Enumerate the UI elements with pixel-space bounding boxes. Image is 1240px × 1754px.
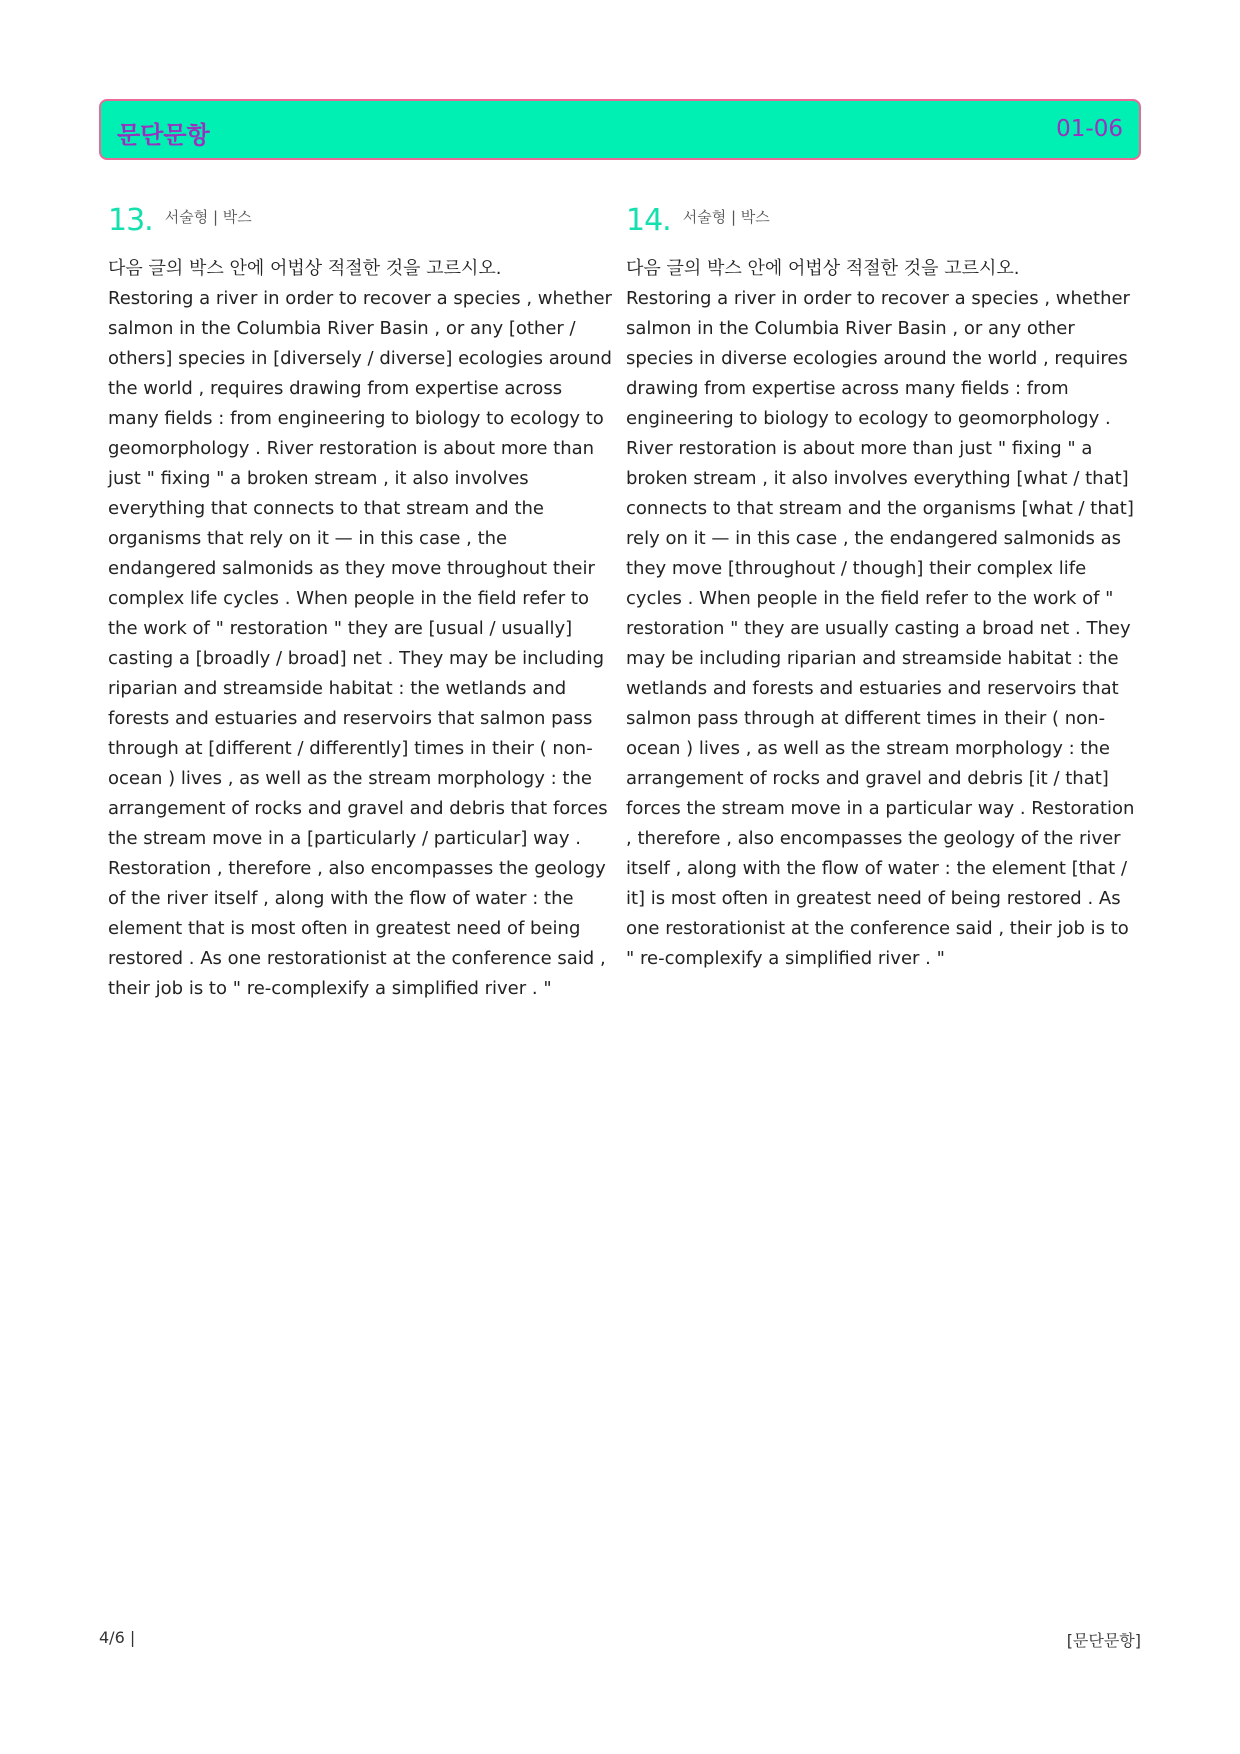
question-instruction: 다음 글의 박스 안에 어법상 적절한 것을 고르시오. (626, 254, 1136, 284)
question-number: 14. (626, 206, 671, 236)
question-header: 14. 서술형 | 박스 (626, 206, 1136, 240)
question-type: 서술형 | 박스 (165, 206, 252, 227)
question-passage: Restoring a river in order to recover a … (626, 284, 1136, 974)
header-bar: 문단문항 01-06 (99, 99, 1141, 160)
header-code: 01-06 (1056, 116, 1123, 142)
page-number: 4/6 | (99, 1628, 135, 1647)
question-number: 13. (108, 206, 153, 236)
question-instruction: 다음 글의 박스 안에 어법상 적절한 것을 고르시오. (108, 254, 618, 284)
footer-section-label: [문단문항] (1067, 1628, 1141, 1651)
header-title: 문단문항 (117, 115, 210, 150)
question-14: 14. 서술형 | 박스 다음 글의 박스 안에 어법상 적절한 것을 고르시오… (626, 206, 1136, 974)
question-header: 13. 서술형 | 박스 (108, 206, 618, 240)
question-13: 13. 서술형 | 박스 다음 글의 박스 안에 어법상 적절한 것을 고르시오… (108, 206, 618, 1004)
question-passage: Restoring a river in order to recover a … (108, 284, 618, 1004)
question-type: 서술형 | 박스 (683, 206, 770, 227)
